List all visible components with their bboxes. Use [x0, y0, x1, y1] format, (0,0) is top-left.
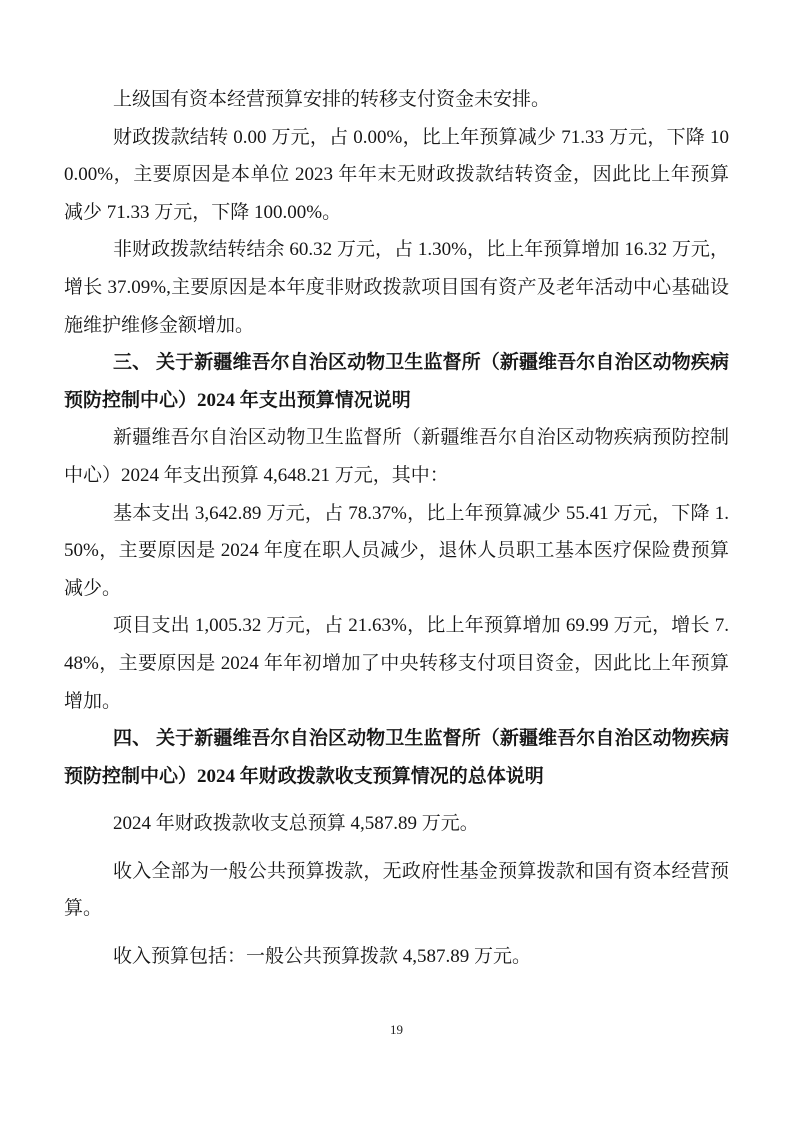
paragraph-project-expenditure: 项目支出 1,005.32 万元，占 21.63%，比上年预算增加 69.99 …	[64, 607, 729, 720]
paragraph-fiscal-total: 2024 年财政拨款收支总预算 4,587.89 万元。	[64, 805, 729, 843]
paragraph-fiscal-carryover: 财政拨款结转 0.00 万元，占 0.00%，比上年预算减少 71.33 万元，…	[64, 119, 729, 232]
document-body: 上级国有资本经营预算安排的转移支付资金未安排。 财政拨款结转 0.00 万元，占…	[64, 81, 729, 976]
paragraph-transfer-funds: 上级国有资本经营预算安排的转移支付资金未安排。	[64, 81, 729, 119]
section-heading-3: 三、 关于新疆维吾尔自治区动物卫生监督所（新疆维吾尔自治区动物疾病预防控制中心）…	[64, 344, 729, 419]
paragraph-expenditure-total: 新疆维吾尔自治区动物卫生监督所（新疆维吾尔自治区动物疾病预防控制中心）2024 …	[64, 419, 729, 494]
document-page: 上级国有资本经营预算安排的转移支付资金未安排。 财政拨款结转 0.00 万元，占…	[0, 0, 793, 1122]
paragraph-income-source: 收入全部为一般公共预算拨款，无政府性基金预算拨款和国有资本经营预算。	[64, 853, 729, 928]
paragraph-basic-expenditure: 基本支出 3,642.89 万元，占 78.37%，比上年预算减少 55.41 …	[64, 495, 729, 608]
section-heading-4: 四、 关于新疆维吾尔自治区动物卫生监督所（新疆维吾尔自治区动物疾病预防控制中心）…	[64, 720, 729, 795]
paragraph-nonfiscal-carryover: 非财政拨款结转结余 60.32 万元，占 1.30%，比上年预算增加 16.32…	[64, 231, 729, 344]
paragraph-income-budget: 收入预算包括：一般公共预算拨款 4,587.89 万元。	[64, 938, 729, 976]
page-number: 19	[0, 1022, 793, 1038]
